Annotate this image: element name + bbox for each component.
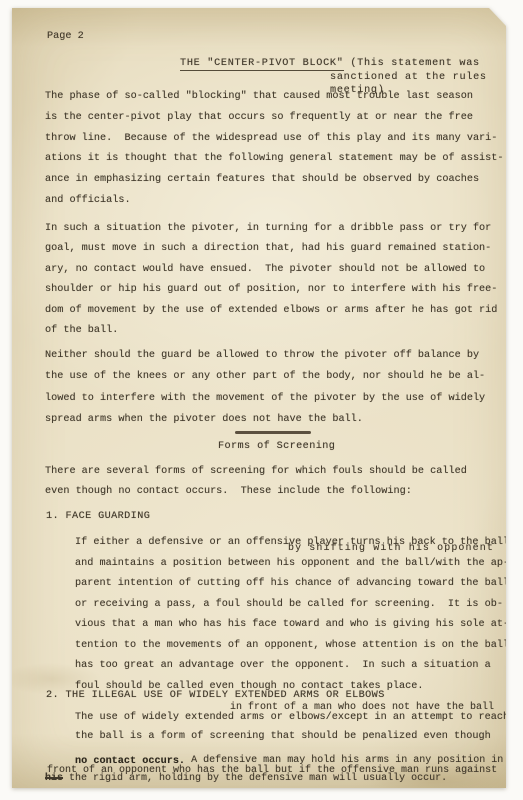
struck-word: his: [45, 773, 63, 784]
text-line: tention to the movements of an opponent,…: [75, 636, 515, 657]
typed-insertion-line: his the rigid arm, holding by the defens…: [45, 774, 447, 784]
page-number-label: Page 2: [47, 31, 84, 42]
text-line: throw line. Because of the widespread us…: [45, 129, 504, 150]
pivoter-paragraph: In such a situation the pivoter, in turn…: [45, 219, 497, 341]
text-line: the ball is a form of screening that sho…: [75, 731, 491, 742]
text-line: is the center-pivot play that occurs so …: [45, 108, 504, 129]
text-line: ary, no contact would have ensued. The p…: [45, 260, 497, 280]
section-divider: [235, 431, 311, 434]
illegal-arms-heading: 2. THE ILLEGAL USE OF WIDELY EXTENDED AR…: [46, 690, 385, 701]
text-line: dom of movement by the use of extended e…: [45, 301, 497, 321]
text-line: parent intention of cutting off his chan…: [75, 574, 515, 595]
text-line: even though no contact occurs. These inc…: [45, 482, 467, 502]
guard-paragraph: Neither should the guard be allowed to t…: [45, 345, 485, 430]
text-line: lowed to interfere with the movement of …: [45, 388, 485, 409]
text-line: Neither should the guard be allowed to t…: [45, 345, 485, 366]
text-line: The phase of so-called "blocking" that c…: [45, 87, 504, 108]
text-line: The use of widely extended arms or elbow…: [75, 712, 509, 723]
text-line: ance in emphasizing certain features tha…: [45, 170, 504, 191]
text-line: has too great an advantage over the oppo…: [75, 656, 515, 677]
paper-sheet: Page 2 THE "CENTER-PIVOT BLOCK" (This st…: [12, 8, 506, 788]
face-guarding-paragraph: If either a defensive or an offensive pl…: [75, 533, 515, 697]
document-title: THE "CENTER-PIVOT BLOCK": [180, 58, 344, 71]
text-line: shoulder or hip his guard out of positio…: [45, 280, 497, 300]
forms-of-screening-heading: Forms of Screening: [218, 441, 335, 452]
text-line: There are several forms of screening for…: [45, 462, 467, 482]
intro-paragraph: The phase of so-called "blocking" that c…: [45, 87, 504, 212]
typed-insertion: A defensive man may hold his arms in any…: [191, 755, 503, 766]
paper-wrapper: Page 2 THE "CENTER-PIVOT BLOCK" (This st…: [12, 8, 506, 788]
text-line: the use of the knees or any other part o…: [45, 366, 485, 387]
face-guarding-heading: 1. FACE GUARDING: [46, 511, 150, 522]
text-line: spread arms when the pivoter does not ha…: [45, 409, 485, 430]
text-line: In such a situation the pivoter, in turn…: [45, 219, 497, 239]
title-annotation-line: (This statement was: [350, 58, 479, 69]
text-line: If either a defensive or an offensive pl…: [75, 533, 515, 554]
screening-intro-paragraph: There are several forms of screening for…: [45, 462, 467, 501]
text-line: of the ball.: [45, 321, 497, 341]
typed-insertion: the rigid arm, holding by the defensive …: [69, 773, 447, 784]
title-row: THE "CENTER-PIVOT BLOCK" (This statement…: [180, 58, 480, 69]
text-line: ations it is thought that the following …: [45, 149, 504, 170]
text-line: vious that a man who has his face toward…: [75, 615, 515, 636]
text-line: and maintains a position between his opp…: [75, 554, 515, 575]
text-line: or receiving a pass, a foul should be ca…: [75, 595, 515, 616]
title-annotation-line: sanctioned at the rules: [330, 72, 487, 83]
text-line: goal, must move in such a direction that…: [45, 239, 497, 259]
scan-background: { "colors": { "page_bg": "#fbfaf7", "pap…: [0, 0, 523, 800]
text-line: and officials.: [45, 191, 504, 212]
